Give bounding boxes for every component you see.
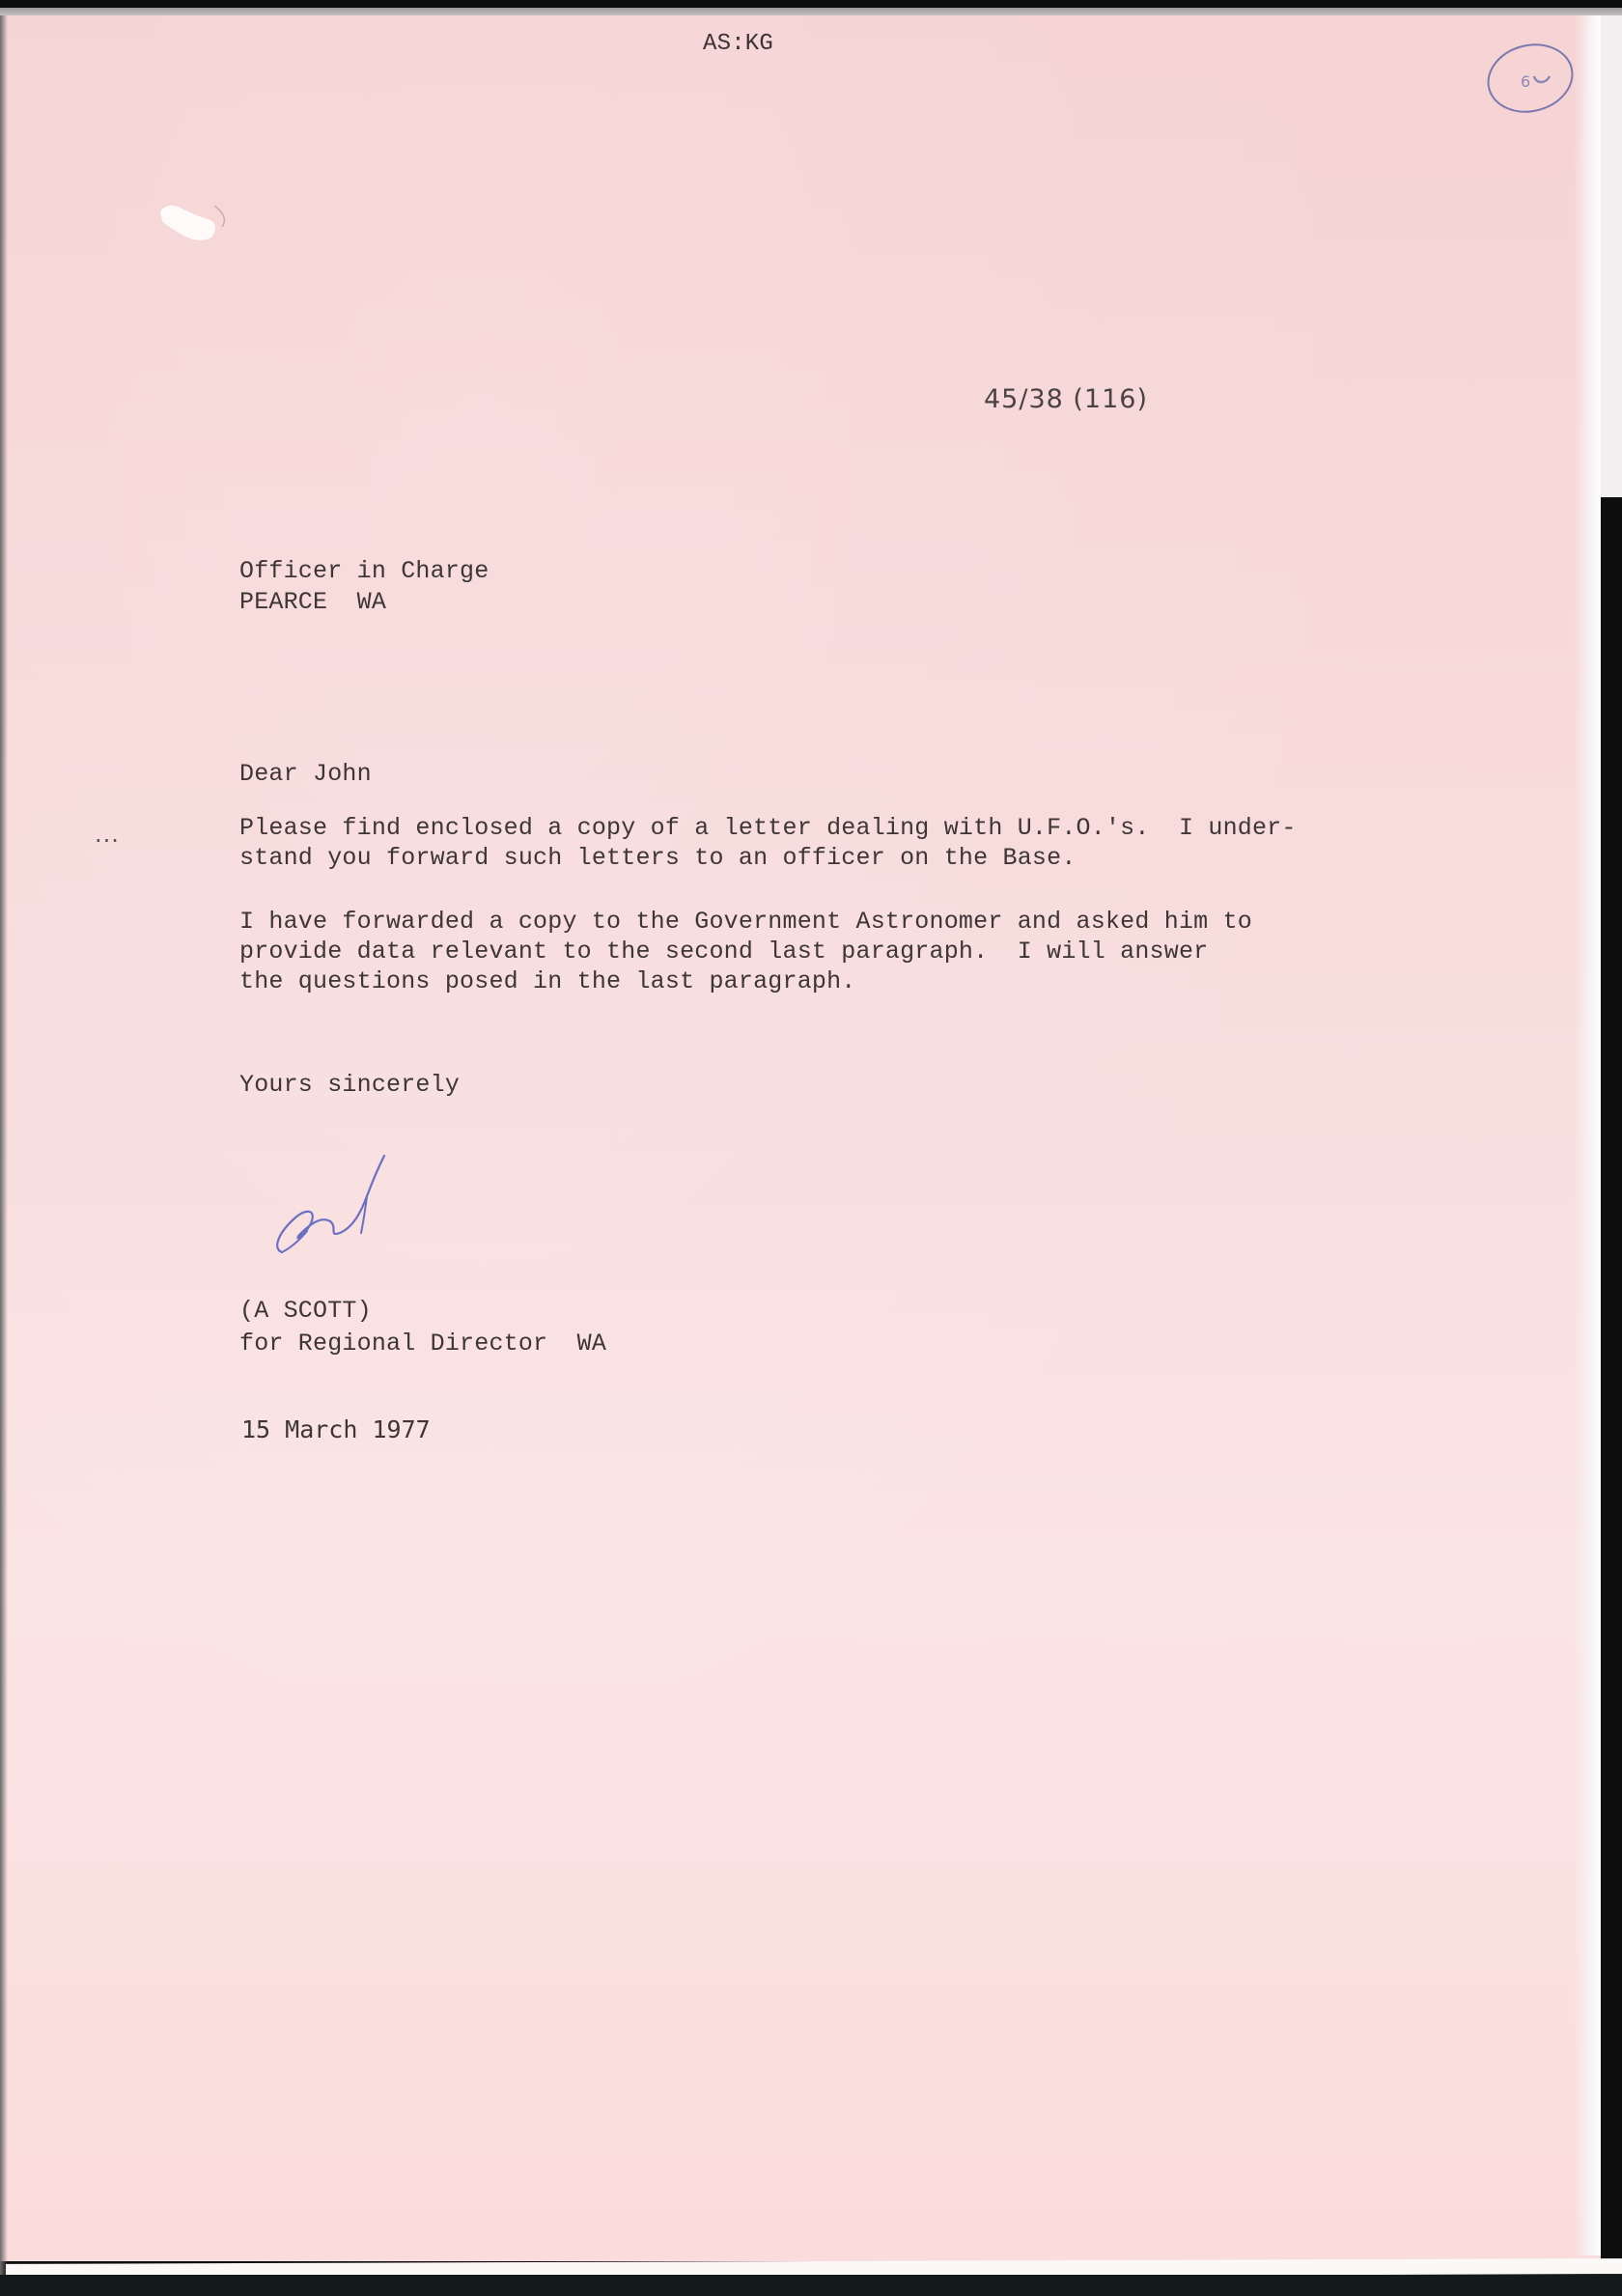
recipient-line-1: Officer in Charge [239,556,489,587]
right-margin-dark [1601,497,1622,2296]
signatory-title: for Regional Director WA [239,1328,606,1360]
paper-sheet [0,15,1603,2261]
paragraph-2: I have forwarded a copy to the Governmen… [239,907,1252,996]
circled-annotation-icon: 6 [1482,34,1579,121]
salutation: Dear John [239,759,372,790]
closing: Yours sincerely [239,1070,460,1101]
letter-date: 15 March 1977 [241,1415,431,1443]
paragraph-1: Please find enclosed a copy of a letter … [239,813,1297,873]
paper-tear-mark [154,198,241,251]
paragraph-2-line-2: provide data relevant to the second last… [239,937,1252,966]
scanner-bottom-edge [0,2275,1622,2296]
handwritten-signature [261,1134,415,1260]
recipient-address: Officer in ChargePEARCE WA [239,556,489,618]
margin-marker: ... [95,821,120,848]
paragraph-1-line-1: Please find enclosed a copy of a letter … [239,813,1297,843]
svg-text:6: 6 [1521,72,1530,91]
recipient-line-2: PEARCE WA [239,587,489,618]
file-reference: 45/38 (116) [984,384,1148,414]
paragraph-2-line-3: the questions posed in the last paragrap… [239,966,1252,996]
signatory-name: (A SCOTT) [239,1295,606,1328]
signature-block: (A SCOTT)for Regional Director WA [239,1295,606,1360]
right-margin-light [1601,15,1622,498]
paragraph-2-line-1: I have forwarded a copy to the Governmen… [239,907,1252,937]
scanned-letter: 6 AS:KG 45/38 (116) Officer in ChargePEA… [0,0,1622,2296]
typist-reference: AS:KG [703,29,773,60]
paragraph-1-line-2: stand you forward such letters to an off… [239,843,1297,873]
right-paper-edge [1574,15,1603,2255]
left-edge-shadow [0,15,8,2275]
